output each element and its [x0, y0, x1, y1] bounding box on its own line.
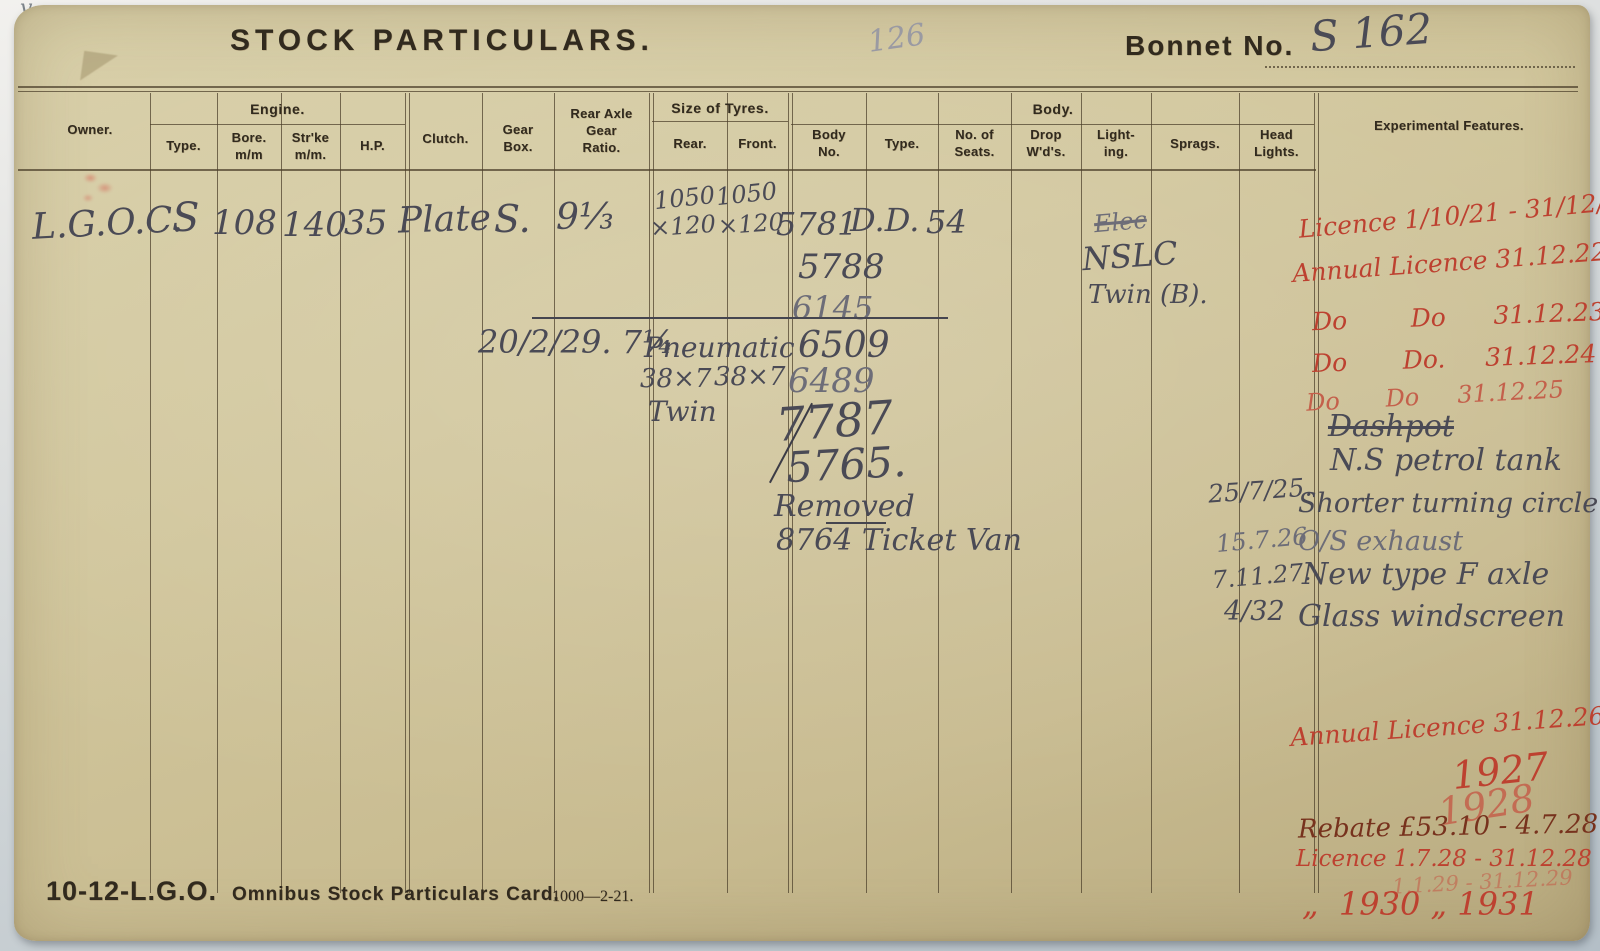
- ticket-van-note: 8764 Ticket Van: [776, 526, 1022, 556]
- clutch-value: Plate: [397, 200, 491, 239]
- col-lighting: Light- ing.: [1081, 127, 1151, 161]
- grid-vline: [554, 93, 555, 893]
- grid-vline: [1151, 93, 1152, 893]
- licence-entry: Licence 1/10/21 - 31/12/21: [1298, 187, 1600, 241]
- bore-value: 108: [212, 206, 277, 240]
- grid-hline: [18, 169, 1316, 171]
- tyre-rear-size2: ×120: [649, 212, 716, 241]
- annual-licence-26: Annual Licence 31.12.26: [1290, 703, 1600, 750]
- tyre-front-size2: ×120: [717, 210, 784, 239]
- removed-note: Removed: [774, 492, 915, 522]
- col-rear-axle: Rear Axle Gear Ratio.: [554, 106, 649, 157]
- body-no-entry: 6145: [792, 292, 873, 324]
- col-tyres-group: Size of Tyres.: [652, 99, 788, 117]
- refit-tyre-note: Pneumatic: [644, 334, 795, 362]
- tyre-rear-size: 1050: [653, 183, 716, 213]
- footer-print-ref: 1000—2-21.: [552, 888, 633, 906]
- head-light-date: 4/32: [1224, 598, 1285, 625]
- grid-vline: [1011, 93, 1012, 893]
- grid-vline: [1081, 93, 1082, 893]
- feature-entry: Glass windscreen: [1298, 602, 1565, 632]
- col-sprags: Sprags.: [1151, 136, 1239, 153]
- col-head-lights: Head Lights.: [1239, 127, 1314, 161]
- col-seats: No. of Seats.: [938, 127, 1011, 161]
- body-no-entry: 5765.: [785, 441, 907, 489]
- axle-ratio-value: 9⅓: [556, 200, 614, 236]
- body-no-entry: 6509: [798, 328, 890, 364]
- col-clutch: Clutch.: [409, 131, 482, 148]
- head-light-date: 7.11.27.: [1211, 560, 1312, 593]
- feature-entry: N.S petrol tank: [1330, 446, 1562, 476]
- col-gear-box: Gear Box.: [482, 122, 554, 156]
- hp-value: 35: [344, 206, 387, 240]
- footer-code: 10-12-L.G.O.: [46, 876, 217, 907]
- body-no-entry: 5781: [776, 208, 857, 240]
- licence-entry: Do Do. 31.12.24: [1312, 341, 1597, 376]
- footer-card-name: Omnibus Stock Particulars Card.: [232, 884, 560, 906]
- feature-entry: Shorter turning circle: [1298, 490, 1598, 517]
- col-body-no: Body No.: [792, 127, 866, 161]
- bonnet-no-value: S 162: [1309, 8, 1434, 58]
- lighting-entry: NSLC: [1081, 237, 1179, 276]
- rebate-note: Rebate £53.10 - 4.7.28: [1298, 811, 1599, 842]
- col-drop-windows: Drop W'd's.: [1011, 127, 1081, 161]
- col-body-type: Type.: [866, 136, 938, 153]
- feature-entry: Dashpot: [1328, 412, 1454, 442]
- col-engine-group: Engine.: [150, 100, 405, 118]
- grid-hline: [652, 121, 788, 122]
- col-experimental: Experimental Features.: [1318, 118, 1580, 135]
- red-stamp: [76, 166, 124, 206]
- amendment-rule: [532, 317, 948, 319]
- licence-entry: Do Do 31.12.23.: [1312, 299, 1600, 334]
- engine-type-value: S: [172, 198, 199, 238]
- page-title: STOCK PARTICULARS.: [230, 24, 654, 58]
- refit-twin-note: Twin: [648, 398, 717, 426]
- grid-hline: [18, 91, 1578, 92]
- licence-entry: Annual Licence 31.12.22: [1292, 239, 1600, 286]
- feature-entry: O/S exhaust: [1298, 528, 1463, 555]
- grid-hline: [18, 86, 1578, 88]
- col-tyre-front: Front.: [727, 136, 788, 153]
- stroke-value: 140: [282, 208, 347, 242]
- refit-front-size: 38×7: [714, 364, 785, 390]
- lighting-entry: Twin (B).: [1088, 282, 1208, 308]
- refit-rear-size: 38×7: [640, 366, 711, 392]
- col-engine-bore: Bore. m/m: [217, 130, 281, 164]
- grid-vline: [649, 93, 650, 893]
- col-engine-stroke: Str'ke m/m.: [281, 130, 340, 164]
- body-type-value: D.D.: [850, 204, 919, 236]
- gear-box-value: S.: [494, 200, 531, 238]
- tyre-front-size: 1050: [715, 179, 778, 209]
- body-no-entry: 5788: [798, 250, 885, 284]
- licence-30-31: „ 1930 „ 1931: [1302, 888, 1539, 920]
- head-light-date: 15.7.26: [1215, 524, 1308, 556]
- col-engine-hp: H.P.: [340, 138, 405, 155]
- feature-entry: New type F axle: [1302, 560, 1549, 590]
- pencil-note: 126: [866, 20, 927, 58]
- owner-value: L.G.O.C.: [31, 202, 184, 246]
- col-body-group: Body.: [792, 100, 1314, 118]
- grid-hline: [791, 124, 1314, 125]
- col-engine-type: Type.: [150, 138, 217, 155]
- seats-value: 54: [926, 206, 967, 238]
- grid-hline: [150, 124, 405, 125]
- lighting-entry: Elec: [1093, 208, 1148, 237]
- col-tyre-rear: Rear.: [653, 136, 727, 153]
- scan-background: v STOCK PARTICULARS. Bonnet No. S 162 12…: [0, 0, 1600, 951]
- col-owner: Owner.: [30, 122, 150, 139]
